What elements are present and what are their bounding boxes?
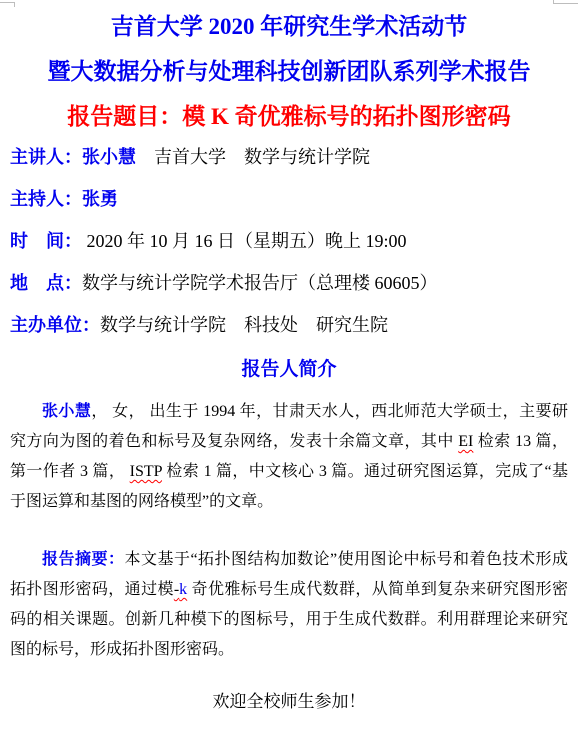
welcome-line: 欢迎全校师生参加！ [10,691,568,713]
host-name: 张勇 [82,189,118,209]
speaker-name: 张小慧 [82,147,136,167]
bio-paragraph: 张小慧， 女， 出生于 1994 年，甘肃天水人，西北师范大学硕士，主要研究方向… [10,397,568,517]
time-value: 2020 年 10 月 16 日（星期五）晚上 19:00 [82,231,407,251]
report-title: 报告题目：模 K 奇优雅标号的拓扑图形密码 [10,102,568,132]
page-margin-crop-mark-top-left-vertical [14,2,15,7]
page-margin-crop-mark-top-left-horizontal [0,2,15,3]
info-row-venue: 地 点：数学与统计学院学术报告厅（总理楼 60605） [10,273,568,293]
abstract-label: 报告摘要： [42,551,124,568]
event-title-line-2: 暨大数据分析与处理科技创新团队系列学术报告 [10,57,568,87]
announcement-document: 吉首大学 2020 年研究生学术活动节 暨大数据分析与处理科技创新团队系列学术报… [0,0,578,739]
document-header: 吉首大学 2020 年研究生学术活动节 暨大数据分析与处理科技创新团队系列学术报… [10,0,568,132]
info-list: 主讲人：张小慧 吉首大学 数学与统计学院 主持人：张勇 时 间： 2020 年 … [10,147,568,335]
venue-label: 地 点： [10,273,82,293]
event-title-line-1: 吉首大学 2020 年研究生学术活动节 [10,12,568,42]
host-label: 主持人： [10,189,82,209]
spellcheck-word-ei: EI [458,433,473,450]
info-row-organizer: 主办单位：数学与统计学院 科技处 研究生院 [10,315,568,335]
organizer-label: 主办单位： [10,315,100,335]
speaker-affiliation: 吉首大学 数学与统计学院 [136,147,370,167]
bio-section-heading: 报告人简介 [10,357,568,383]
time-label: 时 间： [10,231,82,251]
bio-speaker-name: 张小慧 [42,403,91,420]
venue-value: 数学与统计学院学术报告厅（总理楼 60605） [82,273,438,293]
info-row-speaker: 主讲人：张小慧 吉首大学 数学与统计学院 [10,147,568,167]
info-row-host: 主持人：张勇 [10,189,568,209]
abstract-paragraph: 报告摘要：本文基于“拓扑图结构加数论”使用图论中标号和着色技术形成拓扑图形密码，… [10,545,568,665]
mod-k-variable: k [179,581,187,598]
page-margin-crop-mark-top-right-vertical [553,0,554,4]
info-row-time: 时 间： 2020 年 10 月 16 日（星期五）晚上 19:00 [10,231,568,251]
speaker-label: 主讲人： [10,147,82,167]
spellcheck-word-istp: ISTP [130,463,162,480]
page-margin-crop-mark-top-right-horizontal [553,3,578,4]
organizer-value: 数学与统计学院 科技处 研究生院 [100,315,388,335]
